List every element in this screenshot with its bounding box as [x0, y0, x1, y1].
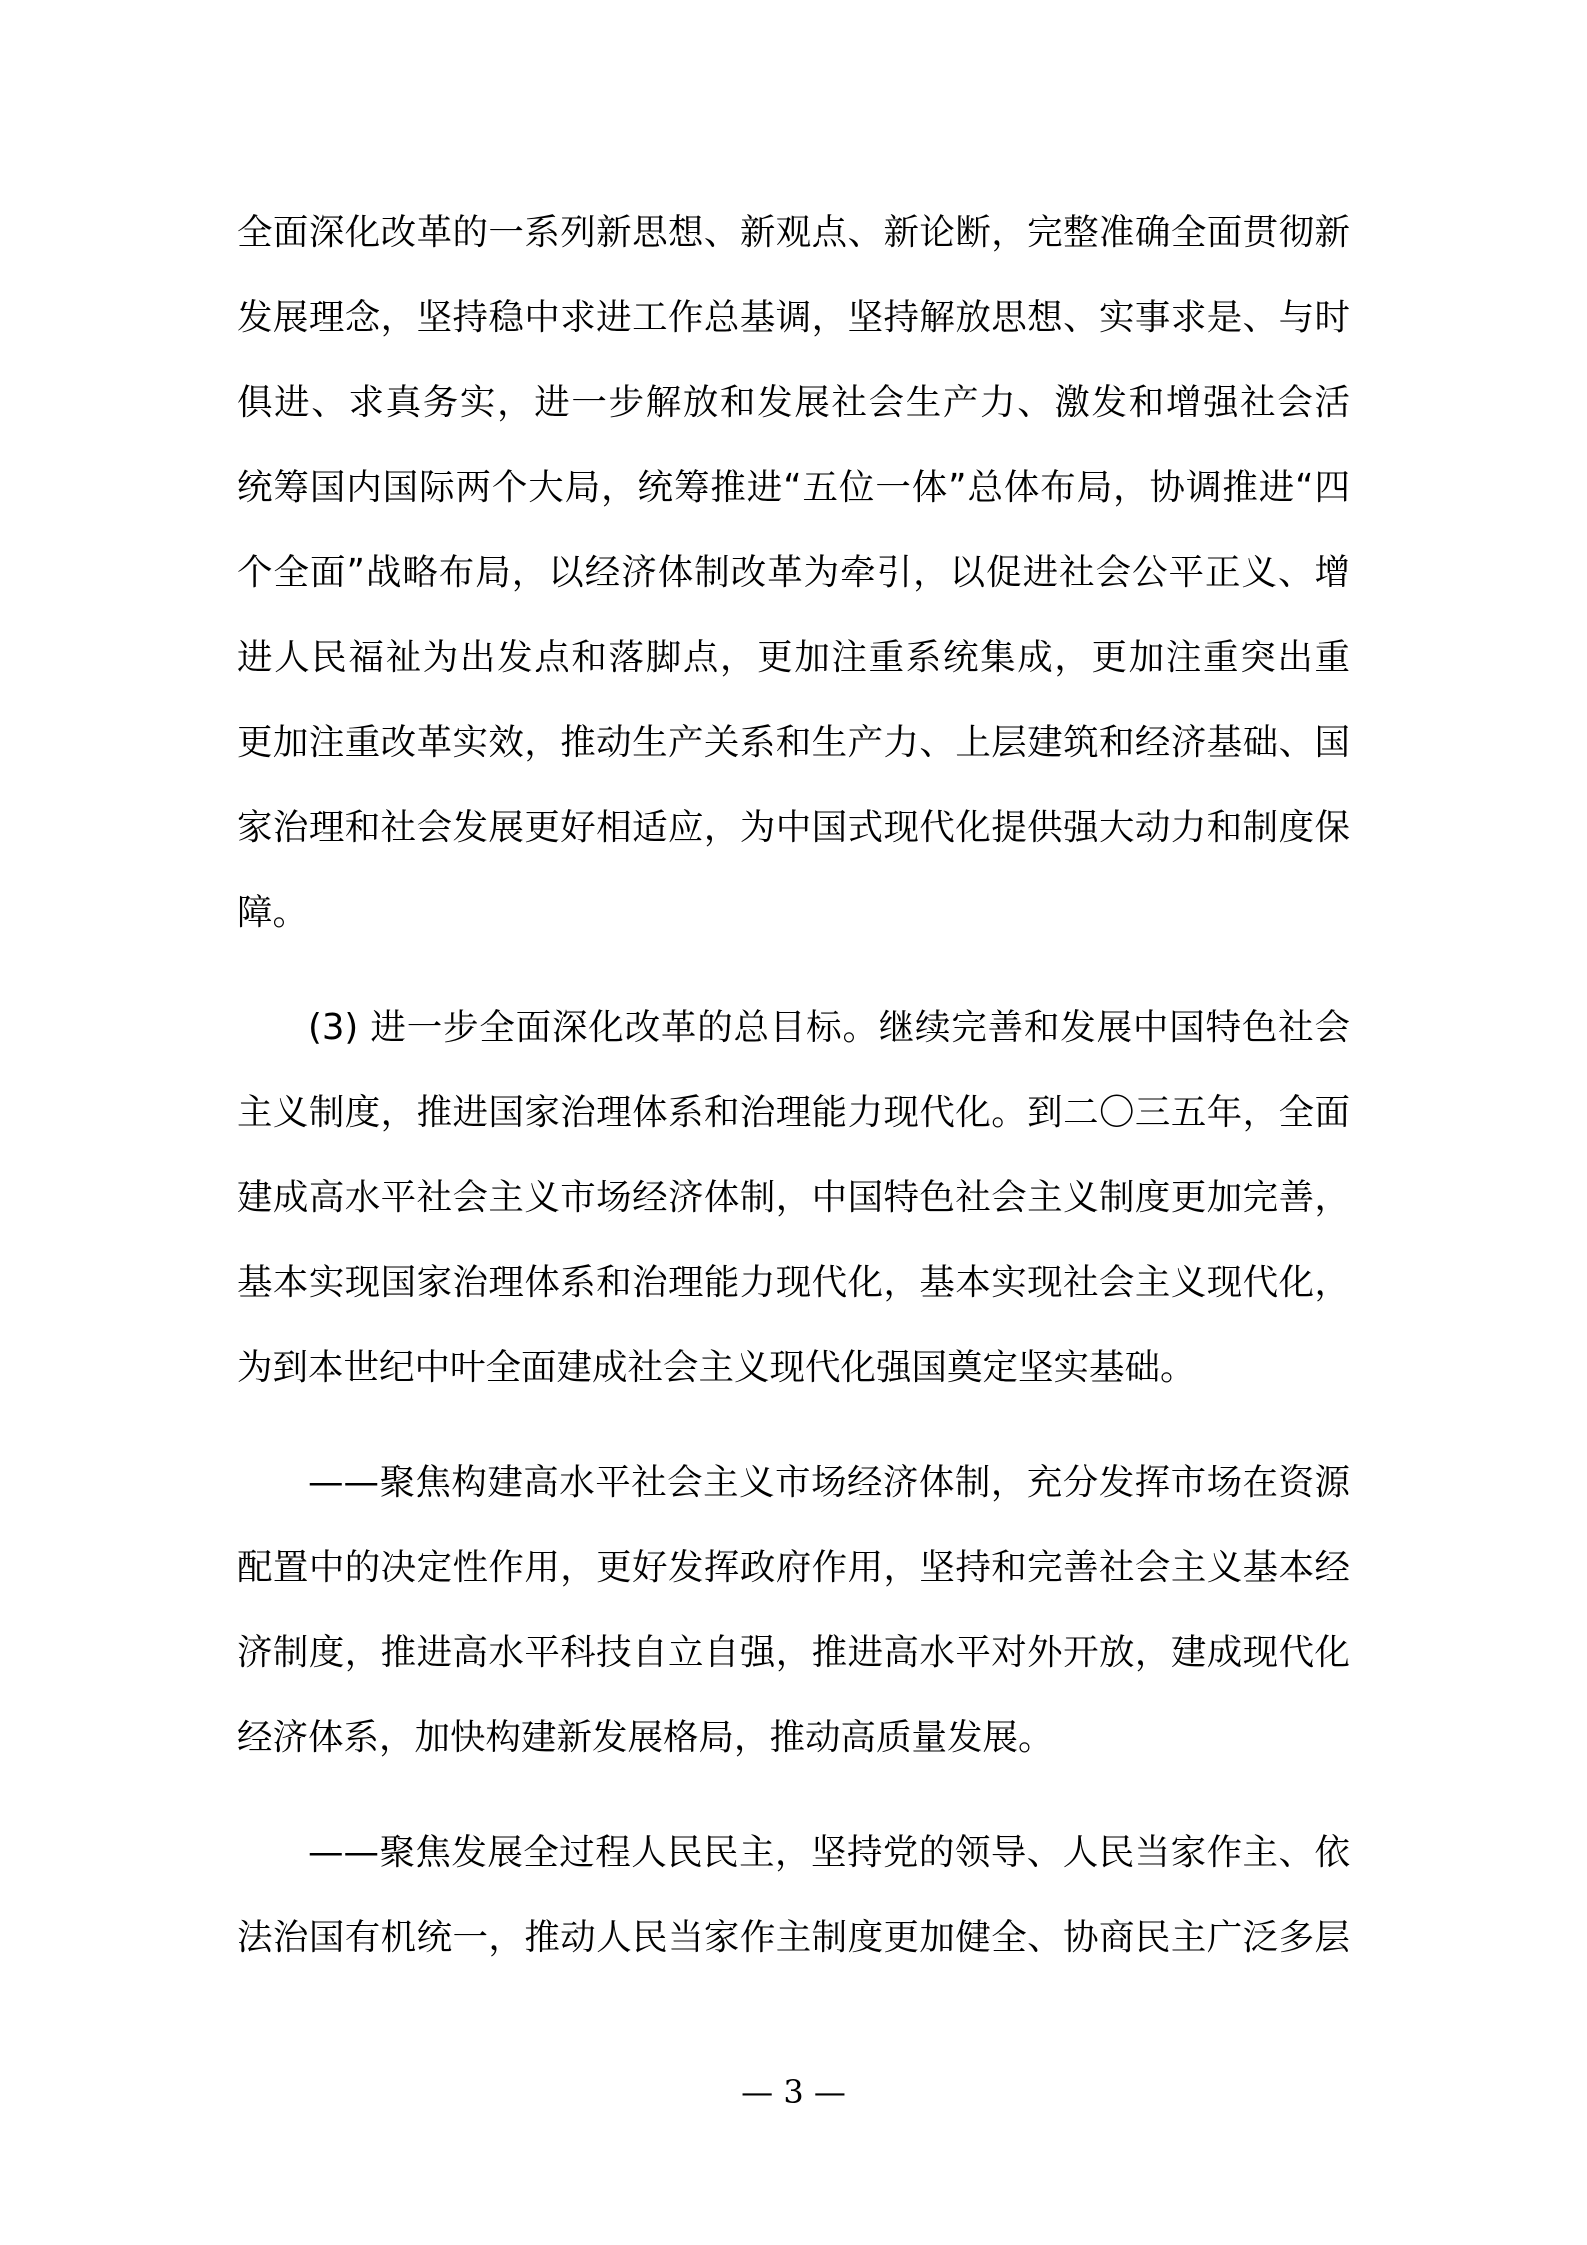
- text-line: 障。: [237, 870, 1350, 955]
- text-line: 统筹国内国际两个大局，统筹推进“五位一体”总体布局，协调推进“四: [237, 445, 1350, 530]
- text-line: 经济体系，加快构建新发展格局，推动高质量发展。: [237, 1695, 1350, 1780]
- document-body: 全面深化改革的一系列新思想、新观点、新论断，完整准确全面贯彻新发展理念，坚持稳中…: [237, 190, 1350, 1980]
- text-line: 济制度，推进高水平科技自立自强，推进高水平对外开放，建成现代化: [237, 1610, 1350, 1695]
- text-line: ——聚焦构建高水平社会主义市场经济体制，充分发挥市场在资源: [237, 1440, 1350, 1525]
- text-line: 法治国有机统一，推动人民当家作主制度更加健全、协商民主广泛多层: [237, 1895, 1350, 1980]
- text-line: 进人民福祉为出发点和落脚点，更加注重系统集成，更加注重突出重点，: [237, 615, 1350, 700]
- paragraph: ——聚焦构建高水平社会主义市场经济体制，充分发挥市场在资源配置中的决定性作用，更…: [237, 1440, 1350, 1780]
- text-line: 全面深化改革的一系列新思想、新观点、新论断，完整准确全面贯彻新: [237, 190, 1350, 275]
- document-page: 全面深化改革的一系列新思想、新观点、新论断，完整准确全面贯彻新发展理念，坚持稳中…: [0, 0, 1587, 2245]
- text-line: 主义制度，推进国家治理体系和治理能力现代化。到二〇三五年，全面: [237, 1070, 1350, 1155]
- text-line: 家治理和社会发展更好相适应，为中国式现代化提供强大动力和制度保: [237, 785, 1350, 870]
- text-line: 配置中的决定性作用，更好发挥政府作用，坚持和完善社会主义基本经: [237, 1525, 1350, 1610]
- text-line: 发展理念，坚持稳中求进工作总基调，坚持解放思想、实事求是、与时: [237, 275, 1350, 360]
- paragraph: ——聚焦发展全过程人民民主，坚持党的领导、人民当家作主、依法治国有机统一，推动人…: [237, 1810, 1350, 1980]
- text-line: 个全面”战略布局，以经济体制改革为牵引，以促进社会公平正义、增: [237, 530, 1350, 615]
- text-line: 更加注重改革实效，推动生产关系和生产力、上层建筑和经济基础、国: [237, 700, 1350, 785]
- text-line: 俱进、求真务实，进一步解放和发展社会生产力、激发和增强社会活力，: [237, 360, 1350, 445]
- text-line: 为到本世纪中叶全面建成社会主义现代化强国奠定坚实基础。: [237, 1325, 1350, 1410]
- text-line: 建成高水平社会主义市场经济体制，中国特色社会主义制度更加完善，: [237, 1155, 1350, 1240]
- paragraph: (3) 进一步全面深化改革的总目标。继续完善和发展中国特色社会主义制度，推进国家…: [237, 985, 1350, 1410]
- text-line: ——聚焦发展全过程人民民主，坚持党的领导、人民当家作主、依: [237, 1810, 1350, 1895]
- paragraph: 全面深化改革的一系列新思想、新观点、新论断，完整准确全面贯彻新发展理念，坚持稳中…: [237, 190, 1350, 955]
- text-line: 基本实现国家治理体系和治理能力现代化，基本实现社会主义现代化，: [237, 1240, 1350, 1325]
- page-number: — 3 —: [0, 2072, 1587, 2112]
- text-line: (3) 进一步全面深化改革的总目标。继续完善和发展中国特色社会: [237, 985, 1350, 1070]
